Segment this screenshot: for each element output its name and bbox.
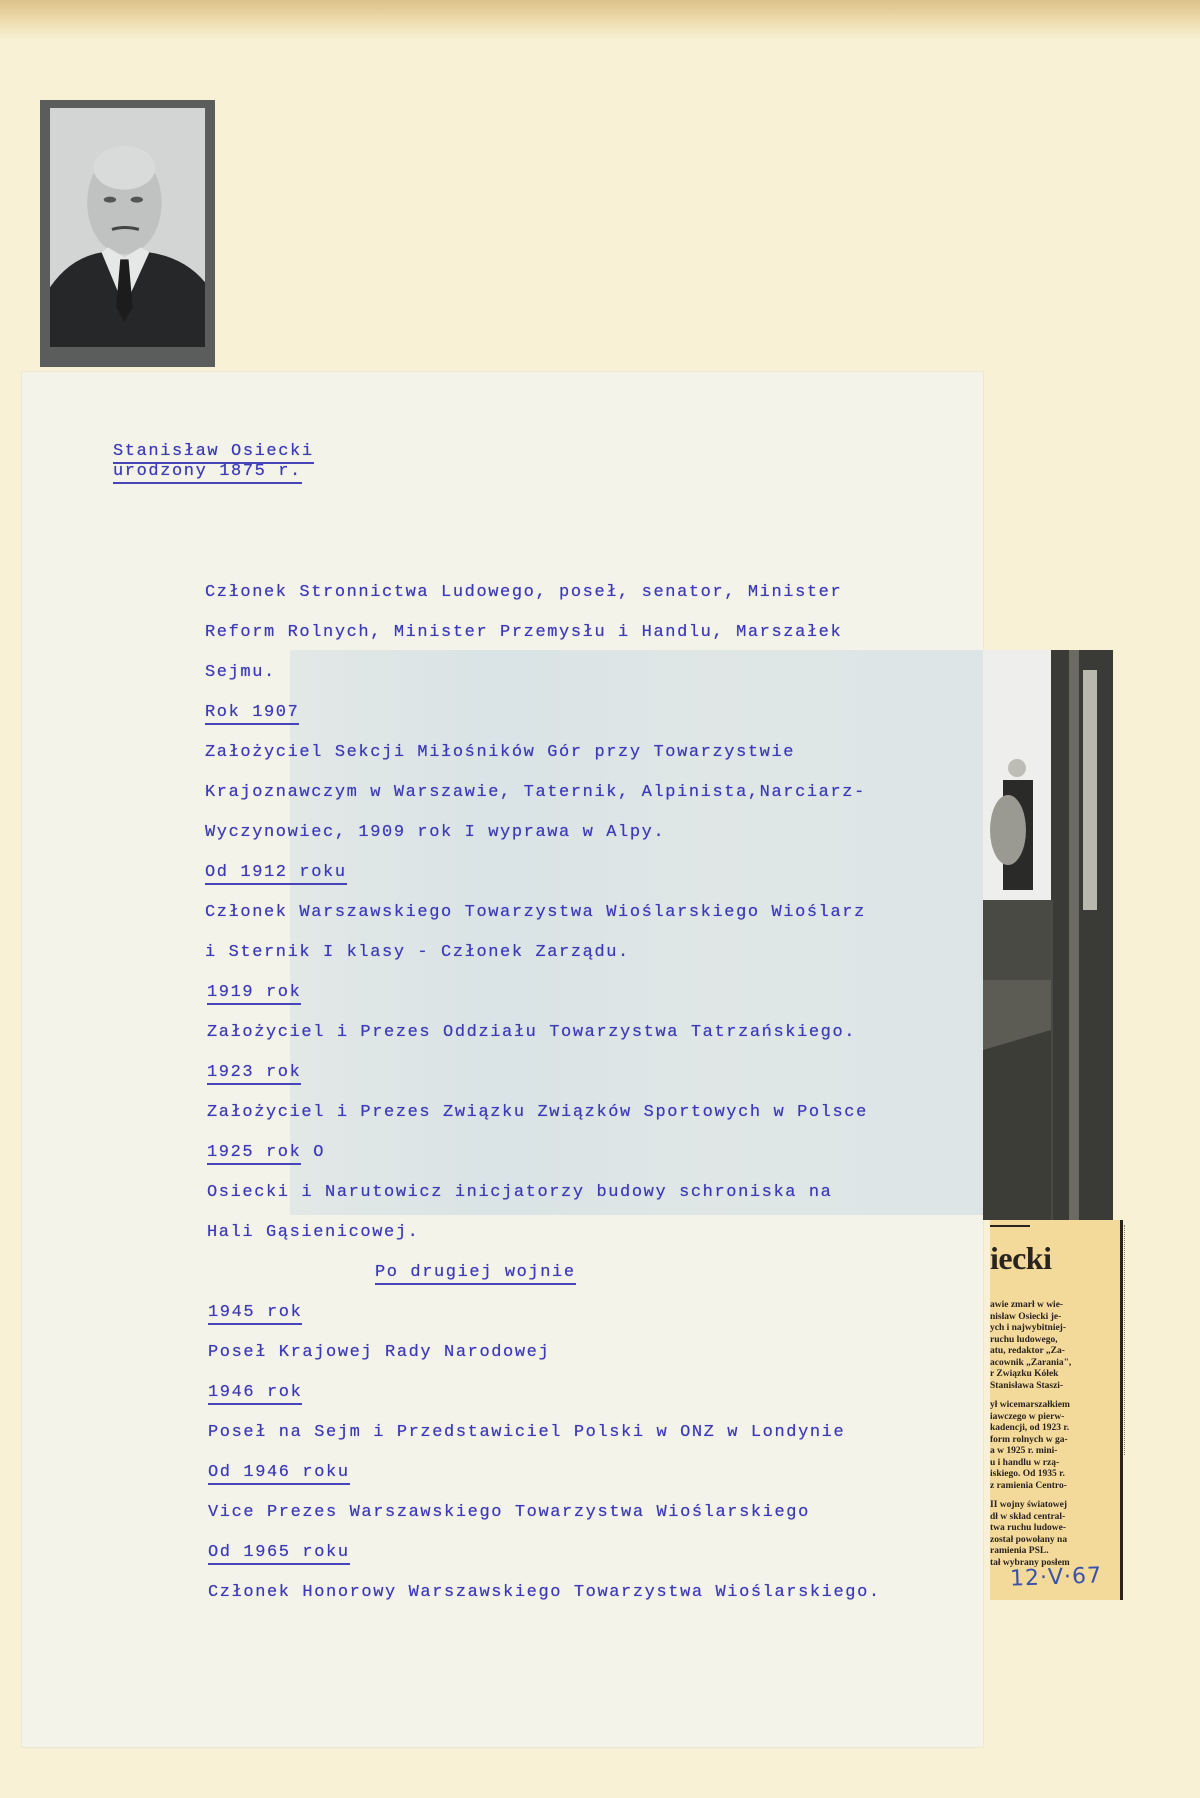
clipping-line: form rolnych w ga- [990,1435,1116,1447]
clipping-line: a w 1925 r. mini- [990,1446,1116,1458]
clipping-line: z ramienia Centro- [990,1481,1116,1493]
clipping-line: iskiego. Od 1935 r. [990,1469,1116,1481]
section-title-text: Po drugiej wojnie [375,1263,576,1285]
entry-line: Członek Warszawskiego Towarzystwa Wiośla… [205,903,866,922]
entry-heading: 1946 rok [208,1383,302,1402]
typed-biography-sheet [22,372,983,1747]
clipping-rule [990,1225,1030,1227]
entry-heading: Od 1912 roku [205,863,347,882]
entry-line: Krajoznawczym w Warszawie, Taternik, Alp… [205,783,866,802]
entry-heading: Od 1946 roku [208,1463,350,1482]
album-page-top-edge [0,0,1200,40]
portrait-image [50,108,205,347]
clipping-photo [983,650,1113,1220]
clipping-line: twa ruchu ludowe- [990,1523,1116,1535]
entry-line: Założyciel Sekcji Miłośników Gór przy To… [205,743,795,762]
clipping-line: Stanisława Staszi- [990,1381,1116,1393]
entry-heading-text: 1919 rok [207,983,301,1005]
entry-line: i Sternik I klasy - Członek Zarządu. [205,943,630,962]
entry-heading: 1925 rok O [207,1143,325,1162]
entry-heading: Od 1965 roku [208,1543,350,1562]
entry-line: Poseł Krajowej Rady Narodowej [208,1343,550,1362]
entry-heading-text: 1923 rok [207,1063,301,1085]
clipping-line: dł w skład central- [990,1512,1116,1524]
clipping-line: ył wicemarszałkiem [990,1400,1116,1412]
person-name-text: Stanisław Osiecki [113,442,314,464]
clipping-line: r Związku Kółek [990,1369,1116,1381]
entry-line: Założyciel i Prezes Związku Związków Spo… [207,1103,868,1122]
entry-line: Członek Honorowy Warszawskiego Towarzyst… [208,1583,881,1602]
entry-heading-text: Rok 1907 [205,703,299,725]
entry-line: Osiecki i Narutowicz inicjatorzy budowy … [207,1183,833,1202]
entry-heading-text: Od 1946 roku [208,1463,350,1485]
man-portrait-icon [50,108,205,347]
funeral-photo-icon [983,650,1113,1220]
entry-heading-suffix: O [301,1143,325,1162]
entry-line: Vice Prezes Warszawskiego Towarzystwa Wi… [208,1503,810,1522]
entry-heading-text: 1946 rok [208,1383,302,1405]
entry-heading-text: Od 1912 roku [205,863,347,885]
entry-heading: 1945 rok [208,1303,302,1322]
section-title: Po drugiej wojnie [375,1263,576,1282]
entry-line: Hali Gąsienicowej. [207,1223,419,1242]
birth-year-text: urodzony 1875 r. [113,462,302,484]
clipping-line: acownik „Zarania", [990,1358,1116,1370]
clipping-line: nisław Osiecki je- [990,1312,1116,1324]
entry-heading: Rok 1907 [205,703,299,722]
person-name: Stanisław Osiecki [113,442,314,461]
entry-heading-text: 1945 rok [208,1303,302,1325]
clipping-show-through [290,650,983,1215]
clipping-line: ramienia PSL. [990,1546,1116,1558]
entry-heading-text: Od 1965 roku [208,1543,350,1565]
intro-line: Członek Stronnictwa Ludowego, poseł, sen… [205,583,842,602]
clipping-line: ruchu ludowego, [990,1335,1116,1347]
clipping-line: awie zmarł w wie- [990,1300,1116,1312]
clipping-headline: iecki [990,1240,1051,1277]
newspaper-clipping: iecki awie zmarł w wie- nisław Osiecki j… [990,1220,1123,1600]
clipping-body: awie zmarł w wie- nisław Osiecki je- ych… [990,1300,1116,1569]
intro-line: Sejmu. [205,663,276,682]
clipping-line: został powołany na [990,1535,1116,1547]
clipping-edge-marks [1124,1225,1129,1455]
entry-heading-text: 1925 rok [207,1143,301,1165]
handwritten-date: 12·V·67 [1010,1563,1103,1591]
clipping-line: u i handlu w rzą- [990,1458,1116,1470]
clipping-line: kadencji, od 1923 r. [990,1423,1116,1435]
entry-line: Założyciel i Prezes Oddziału Towarzystwa… [207,1023,856,1042]
birth-year: urodzony 1875 r. [113,462,302,481]
clipping-line: atu, redaktor „Za- [990,1346,1116,1358]
entry-heading: 1923 rok [207,1063,301,1082]
portrait-photo [40,100,215,367]
clipping-line: ych i najwybitniej- [990,1323,1116,1335]
intro-line: Reform Rolnych, Minister Przemysłu i Han… [205,623,842,642]
clipping-line: II wojny światowej [990,1500,1116,1512]
clipping-line: iawczego w pierw- [990,1412,1116,1424]
entry-line: Poseł na Sejm i Przedstawiciel Polski w … [208,1423,845,1442]
entry-heading: 1919 rok [207,983,301,1002]
entry-line: Wyczynowiec, 1909 rok I wyprawa w Alpy. [205,823,665,842]
